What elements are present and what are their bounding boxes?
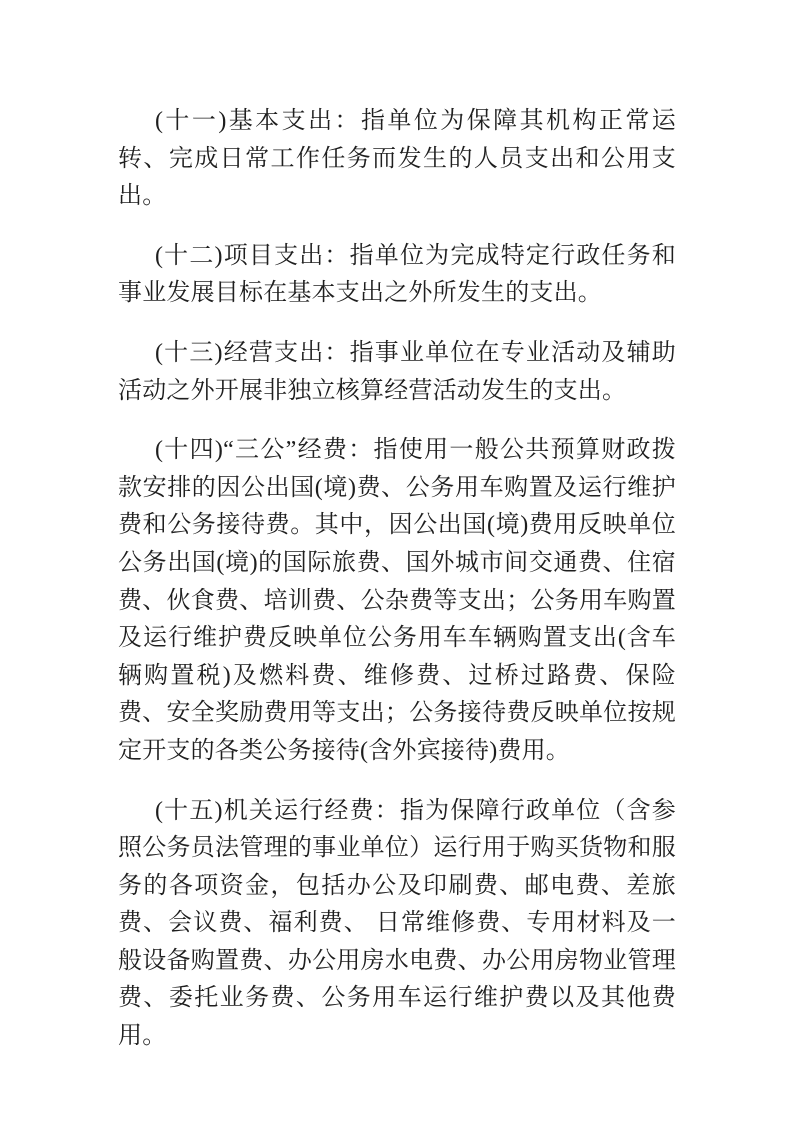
paragraph-item-14-three-public-funds: (十四)“三公”经费：指使用一般公共预算财政拨款安排的因公出国(境)费、公务用车… <box>118 432 676 770</box>
paragraph-item-13-operating-expenditure: (十三)经营支出：指事业单位在专业活动及辅助活动之外开展非独立核算经营活动发生的… <box>118 335 676 410</box>
paragraph-item-12-project-expenditure: (十二)项目支出：指单位为完成特定行政任务和事业发展目标在基本支出之外所发生的支… <box>118 238 676 313</box>
document-text-block: (十一)基本支出：指单位为保障其机构正常运转、完成日常工作任务而发生的人员支出和… <box>118 103 676 1056</box>
document-page: (十一)基本支出：指单位为保障其机构正常运转、完成日常工作任务而发生的人员支出和… <box>0 0 793 1122</box>
paragraph-item-15-agency-operating-funds: (十五)机关运行经费：指为保障行政单位（含参照公务员法管理的事业单位）运行用于购… <box>118 793 676 1056</box>
paragraph-item-11-basic-expenditure: (十一)基本支出：指单位为保障其机构正常运转、完成日常工作任务而发生的人员支出和… <box>118 103 676 216</box>
